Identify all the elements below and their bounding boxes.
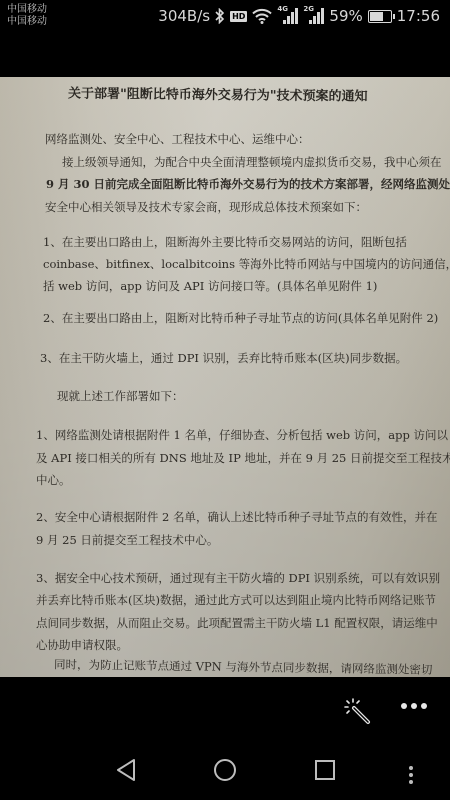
hd-voice-badge: HD [230, 11, 247, 22]
doc-line: 心协助申请权限。 [36, 639, 128, 651]
doc-line: 同时，为防止记账节点通过 VPN 与海外节点同步数据，请网络监测处密切 [54, 658, 433, 675]
clock: 17:56 [397, 7, 440, 25]
sim2-network-type: 2G [303, 5, 314, 13]
doc-line: 点间同步数据，从而阻止交易。此项配置需主干防火墙 L1 配置权限，请运维中 [36, 617, 438, 629]
more-horizontal-icon [401, 703, 407, 709]
doc-line: 2、在主要出口路由上，阻断对比特币种子寻址节点的访问(具体名单见附件 2) [43, 312, 438, 324]
network-speed: 304B/s [158, 7, 210, 25]
status-indicators: 304B/s HD 4G 2G 59% 17:56 [158, 5, 440, 27]
doc-line: 中心。 [36, 474, 71, 486]
doc-line: 括 web 访问，app 访问及 API 访问接口等。(具体名单见附件 1) [43, 280, 377, 292]
document-content: 关于部署"阻断比特币海外交易行为"技术预案的通知 网络监测处、安全中心、工程技术… [0, 77, 450, 677]
doc-line: 并丢弃比特币账本(区块)数据，通过此方式可以达到阻止境内比特币网络记账节 [36, 594, 436, 606]
doc-line: 现就上述工作部署如下： [57, 390, 184, 402]
doc-line: 9 月 25 日前提交至工程技术中心。 [36, 534, 218, 546]
carrier-sim2: 中国移动 [7, 16, 47, 28]
battery-icon [368, 10, 392, 23]
magic-wand-icon[interactable] [342, 696, 372, 726]
doc-line: 9 月 30 日前完成全面阻断比特币海外交易行为的技术方案部署，经网络监测处、 [46, 178, 450, 190]
document-title: 关于部署"阻断比特币海外交易行为"技术预案的通知 [68, 88, 368, 103]
back-triangle-icon[interactable] [113, 757, 139, 783]
home-circle-icon[interactable] [212, 757, 238, 783]
bluetooth-icon [215, 8, 225, 24]
doc-line: 接上级领导通知，为配合中央全面清理整顿境内虚拟货币交易，我中心须在 [62, 156, 442, 168]
menu-vertical-dots-icon[interactable] [409, 766, 413, 784]
doc-line: 安全中心相关领导及技术专家会商，现形成总体技术预案如下： [45, 201, 367, 213]
doc-line: 2、安全中心请根据附件 2 名单，确认上述比特币种子寻址节点的有效性，并在 [36, 511, 437, 523]
doc-line: 3、在主干防火墙上，通过 DPI 识别，丢弃比特币账本(区块)同步数据。 [40, 352, 407, 364]
sim1-network-type: 4G [277, 5, 288, 13]
doc-line: 网络监测处、安全中心、工程技术中心、运维中心： [45, 133, 310, 145]
image-viewer-toolbar [0, 677, 450, 740]
more-options-button[interactable] [401, 703, 427, 709]
doc-line: coinbase、bitfinex、localbitcoins 等海外比特币网站… [43, 258, 450, 270]
doc-line: 及 API 接口相关的所有 DNS 地址及 IP 地址，并在 9 月 25 日前… [36, 452, 450, 464]
doc-line: 1、网络监测处请根据附件 1 名单，仔细协查、分析包括 web 访问，app 访… [36, 429, 448, 441]
doc-line: 3、据安全中心技术预研，通过现有主干防火墙的 DPI 识别系统，可以有效识别 [36, 572, 440, 584]
sim1-signal-icon: 4G [277, 8, 298, 24]
doc-line: 1、在主要出口路由上，阻断海外主要比特币交易网站的访问，阻断包括 [43, 236, 407, 248]
carrier-labels: 中国移动 中国移动 [7, 4, 47, 28]
battery-percent: 59% [329, 7, 362, 25]
document-photo[interactable]: 关于部署"阻断比特币海外交易行为"技术预案的通知 网络监测处、安全中心、工程技术… [0, 77, 450, 677]
recents-square-icon[interactable] [312, 757, 338, 783]
sim2-signal-icon: 2G [303, 8, 324, 24]
wifi-icon [252, 8, 272, 24]
status-bar: 中国移动 中国移动 304B/s HD 4G 2G 59% 17:56 [0, 0, 450, 40]
carrier-sim1: 中国移动 [7, 4, 47, 16]
